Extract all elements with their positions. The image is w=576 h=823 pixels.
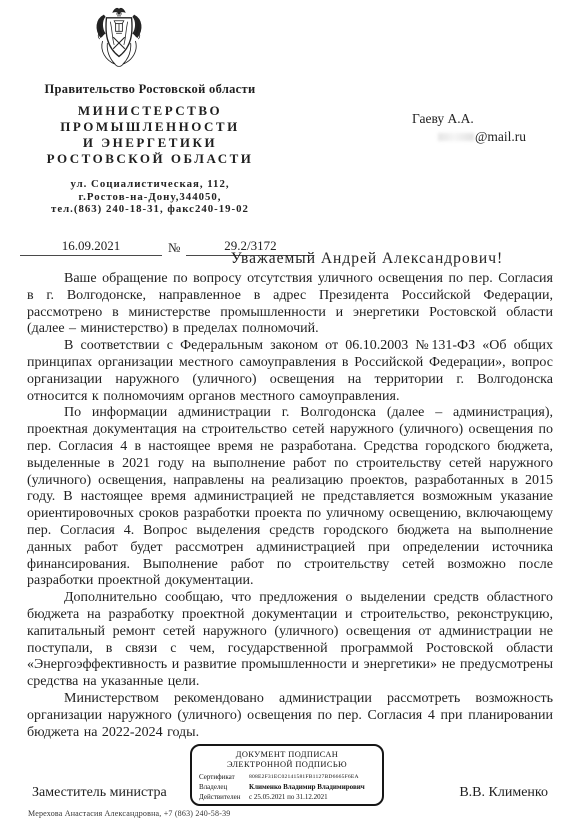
body-paragraph: По информации администрации г. Волгодонс…	[27, 405, 553, 590]
letter-page: Правительство Ростовской области МИНИСТЕ…	[0, 0, 576, 823]
stamp-certificate-row: Сертификат 808E2F31EC02141581FB1127BD666…	[199, 772, 375, 782]
certificate-value: 808E2F31EC02141581FB1127BD6665F6EA	[249, 772, 359, 782]
body-paragraph: В соответствии с Федеральным законом от …	[27, 338, 553, 405]
ministry-line-3: И ЭНЕРГЕТИКИ	[0, 135, 300, 151]
executor-contact: Мерехова Анастасия Александровна, +7 (86…	[28, 809, 230, 818]
recipient-email-visible: @mail.ru	[475, 129, 526, 144]
stamp-details: Сертификат 808E2F31EC02141581FB1127BD666…	[199, 772, 375, 802]
government-line: Правительство Ростовской области	[0, 82, 300, 97]
recipient-name: Гаеву А.А.	[412, 111, 474, 127]
signer-position: Заместитель министра	[32, 785, 167, 801]
ministry-line-4: РОСТОВСКОЙ ОБЛАСТИ	[0, 151, 300, 167]
address-line-1: ул. Социалистическая, 112,	[0, 178, 300, 191]
signer-name: В.В. Клименко	[459, 785, 548, 801]
address-line-3: тел.(863) 240-18-31, факс240-19-02	[0, 203, 300, 216]
certificate-label: Сертификат	[199, 772, 249, 782]
body-paragraph: Дополнительно сообщаю, что предложения о…	[27, 590, 553, 691]
letter-date: 16.09.2021	[20, 238, 162, 256]
letterhead: Правительство Ростовской области МИНИСТЕ…	[0, 82, 300, 216]
stamp-validity-row: Действителен с 25.05.2021 по 31.12.2021	[199, 792, 375, 802]
address-line-2: г.Ростов-на-Дону,344050,	[0, 191, 300, 204]
owner-label: Владелец	[199, 782, 249, 792]
body-paragraph: Ваше обращение по вопросу отсутствия ули…	[27, 271, 553, 338]
recipient-email: @mail.ru	[438, 129, 526, 145]
validity-value: с 25.05.2021 по 31.12.2021	[249, 792, 328, 802]
stamp-title-line-2: ЭЛЕКТРОННОЙ ПОДПИСЬЮ	[199, 760, 375, 770]
ministry-name: МИНИСТЕРСТВО ПРОМЫШЛЕННОСТИ И ЭНЕРГЕТИКИ…	[0, 103, 300, 167]
stamp-title: ДОКУМЕНТ ПОДПИСАН ЭЛЕКТРОННОЙ ПОДПИСЬЮ	[199, 750, 375, 769]
rostov-region-coat-of-arms-icon	[90, 4, 148, 78]
salutation: Уважаемый Андрей Александрович!	[178, 250, 556, 268]
stamp-title-line-1: ДОКУМЕНТ ПОДПИСАН	[199, 750, 375, 760]
email-redaction	[438, 133, 474, 141]
esign-stamp: ДОКУМЕНТ ПОДПИСАН ЭЛЕКТРОННОЙ ПОДПИСЬЮ С…	[190, 744, 384, 806]
address-block: ул. Социалистическая, 112, г.Ростов-на-Д…	[0, 178, 300, 216]
ministry-line-2: ПРОМЫШЛЕННОСТИ	[0, 119, 300, 135]
owner-value: Клименко Владимир Владимирович	[249, 782, 365, 792]
letter-body: Ваше обращение по вопросу отсутствия ули…	[27, 271, 553, 741]
body-paragraph: Министерством рекомендовано администраци…	[27, 691, 553, 741]
stamp-owner-row: Владелец Клименко Владимир Владимирович	[199, 782, 375, 792]
ministry-line-1: МИНИСТЕРСТВО	[0, 103, 300, 119]
validity-label: Действителен	[199, 792, 249, 802]
